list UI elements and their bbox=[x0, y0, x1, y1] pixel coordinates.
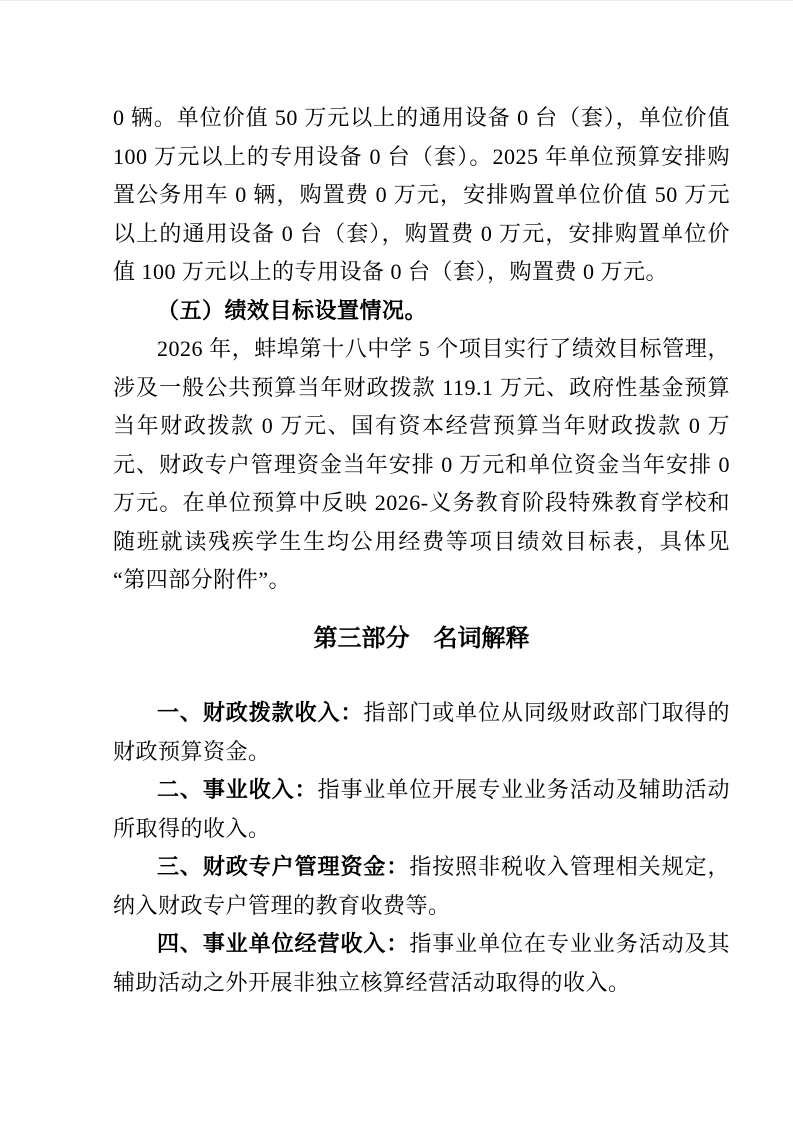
definition-item-special-account-funds: 三、财政专户管理资金：指按照非税收入管理相关规定，纳入财政专户管理的教育收费等。 bbox=[113, 848, 730, 925]
definition-term: 三、财政专户管理资金： bbox=[157, 854, 409, 879]
page-content: 0 辆。单位价值 50 万元以上的通用设备 0 台（套），单位价值 100 万元… bbox=[0, 1, 793, 1122]
definition-item-operational-income: 二、事业收入：指事业单位开展专业业务活动及辅助活动所取得的收入。 bbox=[113, 771, 730, 848]
definition-item-business-operating-income: 四、事业单位经营收入：指事业单位在专业业务活动及其辅助活动之外开展非独立核算经营… bbox=[113, 925, 730, 1002]
definition-term: 四、事业单位经营收入： bbox=[157, 931, 409, 956]
subheading-performance-targets: （五）绩效目标设置情况。 bbox=[113, 292, 730, 331]
definition-term: 一、财政拨款收入： bbox=[157, 700, 363, 725]
paragraph-equipment-purchase: 0 辆。单位价值 50 万元以上的通用设备 0 台（套），单位价值 100 万元… bbox=[113, 99, 730, 292]
document-page: 0 辆。单位价值 50 万元以上的通用设备 0 台（套），单位价值 100 万元… bbox=[0, 0, 793, 1122]
paragraph-performance-targets: 2026 年，蚌埠第十八中学 5 个项目实行了绩效目标管理，涉及一般公共预算当年… bbox=[113, 330, 730, 600]
definition-item-fiscal-appropriation-income: 一、财政拨款收入：指部门或单位从同级财政部门取得的财政预算资金。 bbox=[113, 694, 730, 771]
definition-term: 二、事业收入： bbox=[157, 777, 318, 802]
section-title-part-three: 第三部分 名词解释 bbox=[113, 620, 730, 659]
